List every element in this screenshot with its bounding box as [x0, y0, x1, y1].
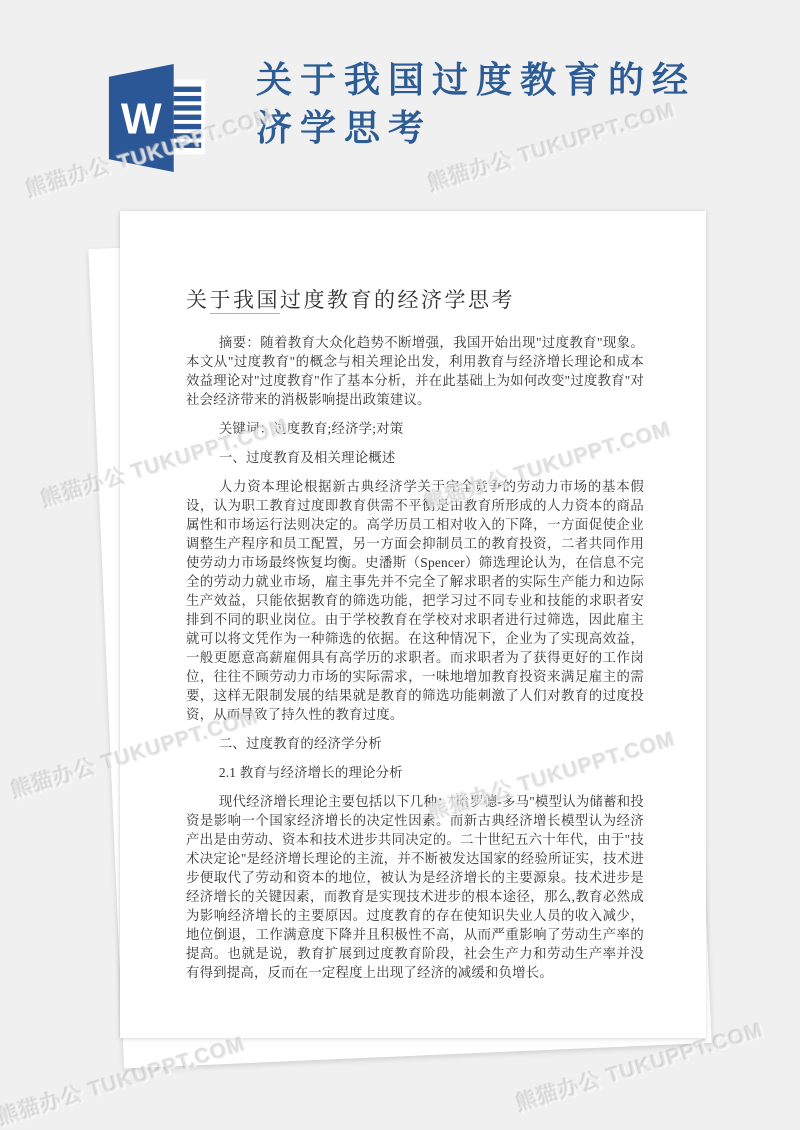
- doc-paragraph: 摘要：随着教育大众化趋势不断增强，我国开始出现"过度教育"现象。本文从"过度教育…: [186, 333, 644, 409]
- doc-heading: 一、过度教育及相关理论概述: [186, 448, 644, 467]
- doc-title-underlined: 于我国: [210, 288, 281, 314]
- page-sheet: 关于我国过度教育的经济学思考 摘要：随着教育大众化趋势不断增强，我国开始出现"过…: [120, 211, 706, 1038]
- doc-title: 关于我国过度教育的经济学思考: [186, 285, 644, 315]
- doc-body: 摘要：随着教育大众化趋势不断增强，我国开始出现"过度教育"现象。本文从"过度教育…: [186, 333, 644, 982]
- page-title: 关于我国过度教育的经济学思考: [256, 56, 718, 152]
- preview-header: W 关于我国过度教育的经济学思考: [0, 0, 800, 200]
- doc-paragraph: 关键词：过度教育;经济学;对策: [186, 419, 644, 438]
- doc-heading: 二、过度教育的经济学分析: [186, 734, 644, 753]
- doc-title-pre: 关: [186, 288, 210, 312]
- document-preview: W 关于我国过度教育的经济学思考 关于我国过度教育的经济学思考 摘要：随着教育大…: [0, 0, 800, 1130]
- doc-title-post: 过度教育的经济学思考: [280, 288, 515, 312]
- doc-paragraph: 现代经济增长理论主要包括以下几种："哈罗德-多马"模型认为储蓄和投资是影响一个国…: [186, 792, 644, 982]
- doc-subheading: 2.1 教育与经济增长的理论分析: [186, 763, 644, 782]
- svg-text:W: W: [121, 96, 162, 144]
- word-icon: W: [108, 64, 208, 172]
- doc-paragraph: 人力资本理论根据新古典经济学关于完全竞争的劳动力市场的基本假设，认为职工教育过度…: [186, 477, 644, 724]
